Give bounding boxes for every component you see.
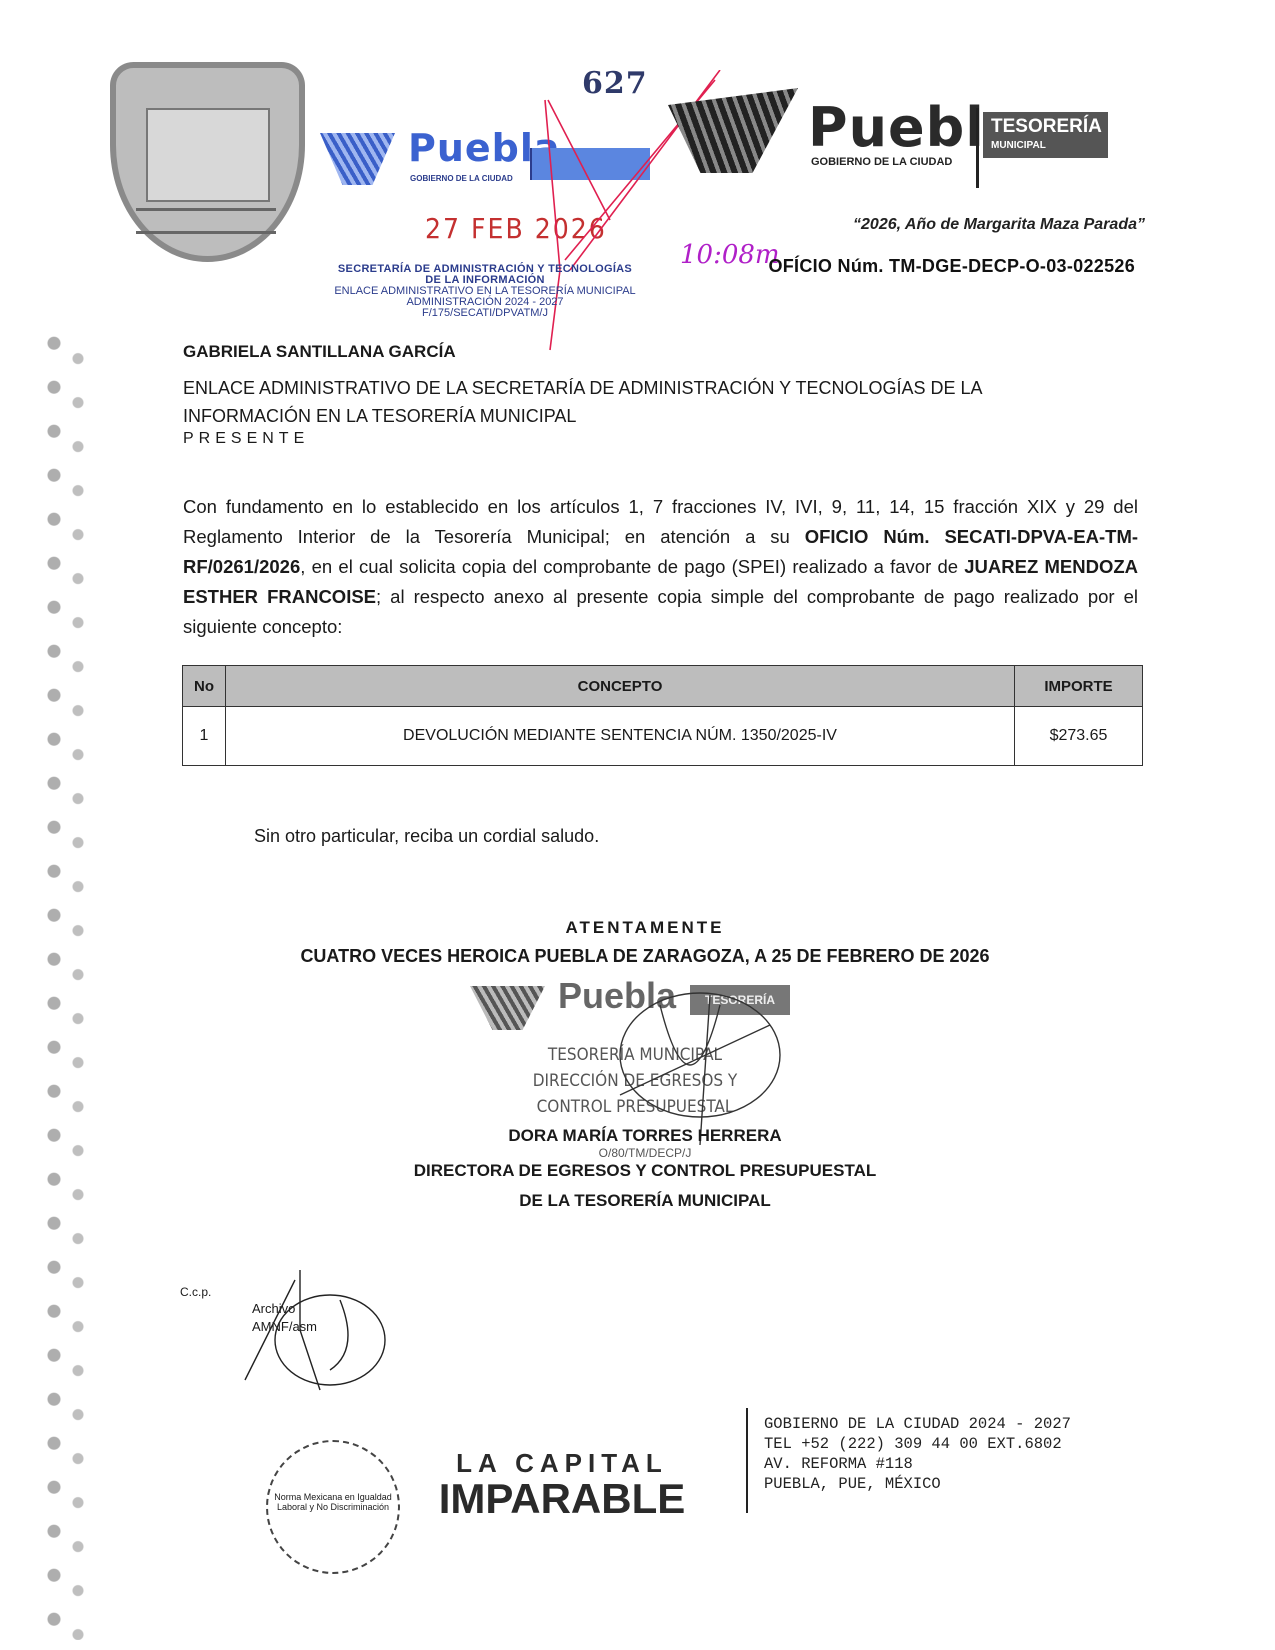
crest-building-icon [146, 108, 270, 202]
closing-line: Sin otro particular, reciba un cordial s… [254, 826, 599, 847]
concept-table: No CONCEPTO IMPORTE 1 DEVOLUCIÓN MEDIANT… [182, 665, 1143, 766]
initials-signature-icon [240, 1270, 390, 1400]
body-paragraph: Con fundamento en lo establecido en los … [183, 492, 1138, 642]
atentamente-label: ATENTAMENTE [0, 918, 1275, 938]
contact-line: PUEBLA, PUE, MÉXICO [764, 1474, 1071, 1494]
signer-title-line: DIRECTORA DE EGRESOS Y CONTROL PRESUPUES… [0, 1156, 1275, 1186]
slogan-line-2: IMPARABLE [412, 1479, 712, 1519]
header-no: No [183, 666, 226, 707]
cell-no: 1 [183, 707, 226, 766]
tesoreria-badge: TESORERÍA MUNICIPAL [983, 112, 1108, 158]
puebla-emblem-icon [470, 975, 545, 1030]
contact-line: AV. REFORMA #118 [764, 1454, 1071, 1474]
tesoreria-title: TESORERÍA [991, 116, 1102, 138]
city-crest-logo [110, 62, 305, 262]
tesoreria-subtitle: MUNICIPAL [991, 140, 1046, 151]
table-row: 1 DEVOLUCIÓN MEDIANTE SENTENCIA NÚM. 135… [183, 707, 1143, 766]
signer-title-line: DE LA TESORERÍA MUNICIPAL [0, 1186, 1275, 1216]
ccp-label: C.c.p. [180, 1285, 211, 1299]
crest-water-icon [136, 208, 276, 234]
blue-logo-subtitle: GOBIERNO DE LA CIUDAD [410, 174, 513, 183]
body-text: , en el cual solicita copia del comproba… [300, 556, 964, 577]
table-header-row: No CONCEPTO IMPORTE [183, 666, 1143, 707]
signer-title: DIRECTORA DE EGRESOS Y CONTROL PRESUPUES… [0, 1156, 1275, 1216]
puebla-emblem-icon [668, 88, 798, 173]
signer-name: DORA MARÍA TORRES HERRERA [0, 1126, 1275, 1146]
year-motto: “2026, Año de Margarita Maza Parada” [853, 216, 1145, 234]
recipient-title: ENLACE ADMINISTRATIVO DE LA SECRETARÍA D… [183, 374, 1083, 430]
header-concepto: CONCEPTO [226, 666, 1015, 707]
decorative-border [36, 330, 96, 1640]
oficio-number: OFÍCIO Núm. TM-DGE-DECP-O-03-022526 [768, 256, 1135, 277]
presente-label: PRESENTE [183, 430, 309, 448]
place-date: CUATRO VECES HEROICA PUEBLA DE ZARAGOZA,… [0, 946, 1275, 967]
contact-line: GOBIERNO DE LA CIUDAD 2024 - 2027 [764, 1414, 1071, 1434]
contact-line: TEL +52 (222) 309 44 00 EXT.6802 [764, 1434, 1071, 1454]
footer-contact: GOBIERNO DE LA CIUDAD 2024 - 2027 TEL +5… [764, 1414, 1071, 1494]
cell-concepto: DEVOLUCIÓN MEDIANTE SENTENCIA NÚM. 1350/… [226, 707, 1015, 766]
cell-importe: $273.65 [1015, 707, 1143, 766]
puebla-emblem-icon [320, 120, 395, 185]
equality-seal: Norma Mexicana en Igualdad Laboral y No … [266, 1440, 400, 1574]
recipient-name: GABRIELA SANTILLANA GARCÍA [183, 342, 456, 362]
puebla-tesoreria-logo: Puebla GOBIERNO DE LA CIUDAD TESORERÍA M… [668, 88, 1148, 178]
seal-text: Norma Mexicana en Igualdad Laboral y No … [268, 1492, 398, 1512]
logo-divider [976, 108, 979, 188]
received-stamp-text: SECRETARÍA DE ADMINISTRACIÓN Y TECNOLOGÍ… [310, 264, 660, 319]
stamp-line: F/175/SECATI/DPVATM/J [310, 308, 660, 319]
footer-divider [746, 1408, 748, 1513]
logo-subtitle: GOBIERNO DE LA CIUDAD [811, 156, 952, 168]
header-importe: IMPORTE [1015, 666, 1143, 707]
city-slogan: LA CAPITAL IMPARABLE [412, 1448, 712, 1519]
